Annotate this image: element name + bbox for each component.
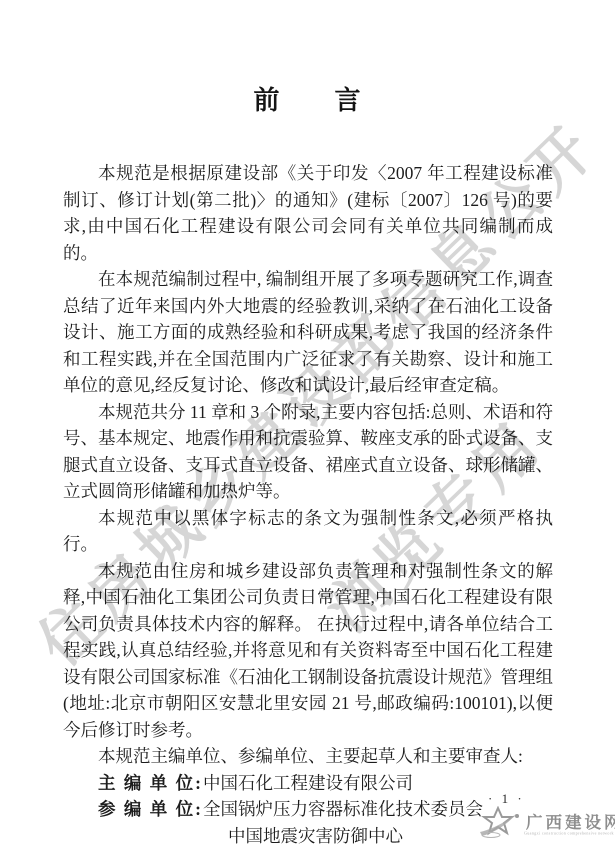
site-logo: 广西建设网 Guangxi construction comprehensive… (476, 804, 612, 844)
document-page: 住房城乡建设部信息公开 浏览专用 前 言 本规范是根据原建设部《关于印发〈200… (0, 0, 615, 849)
site-logo-name: 广西建设网 (526, 809, 615, 833)
chief-editor-label: 主 编 单 位: (98, 773, 203, 793)
site-logo-tagline: Guangxi construction comprehensive netwo… (524, 831, 615, 836)
body-text: 本规范是根据原建设部《关于印发〈2007 年工程建设标准制订、修订计划(第二批)… (63, 160, 553, 849)
paragraph-3: 本规范共分 11 章和 3 个附录,主要内容包括:总则、术语和符号、基本规定、地… (63, 399, 553, 505)
paragraph-5: 本规范由住房和城乡建设部负责管理和对强制性条文的解释,中国石油化工集团公司负责日… (63, 558, 553, 744)
co-editor-label: 参 编 单 位: (98, 799, 203, 819)
paragraph-4: 本规范中以黑体字标志的条文为强制性条文,必须严格执行。 (63, 505, 553, 558)
co-editor-value: 全国锅炉压力容器标准化技术委员会 (203, 799, 483, 819)
paragraph-2: 在本规范编制过程中, 编制组开展了多项专题研究工作,调查总结了近年来国内外大地震… (63, 266, 553, 399)
paragraph-6: 本规范主编单位、参编单位、主要起草人和主要审查人: (63, 743, 553, 770)
star-swoosh-icon (476, 806, 524, 840)
page-title: 前 言 (0, 80, 615, 117)
chief-editor-line: 主 编 单 位:中国石化工程建设有限公司 (63, 770, 553, 797)
paragraph-1: 本规范是根据原建设部《关于印发〈2007 年工程建设标准制订、修订计划(第二批)… (63, 160, 553, 266)
chief-editor-value: 中国石化工程建设有限公司 (203, 773, 413, 793)
